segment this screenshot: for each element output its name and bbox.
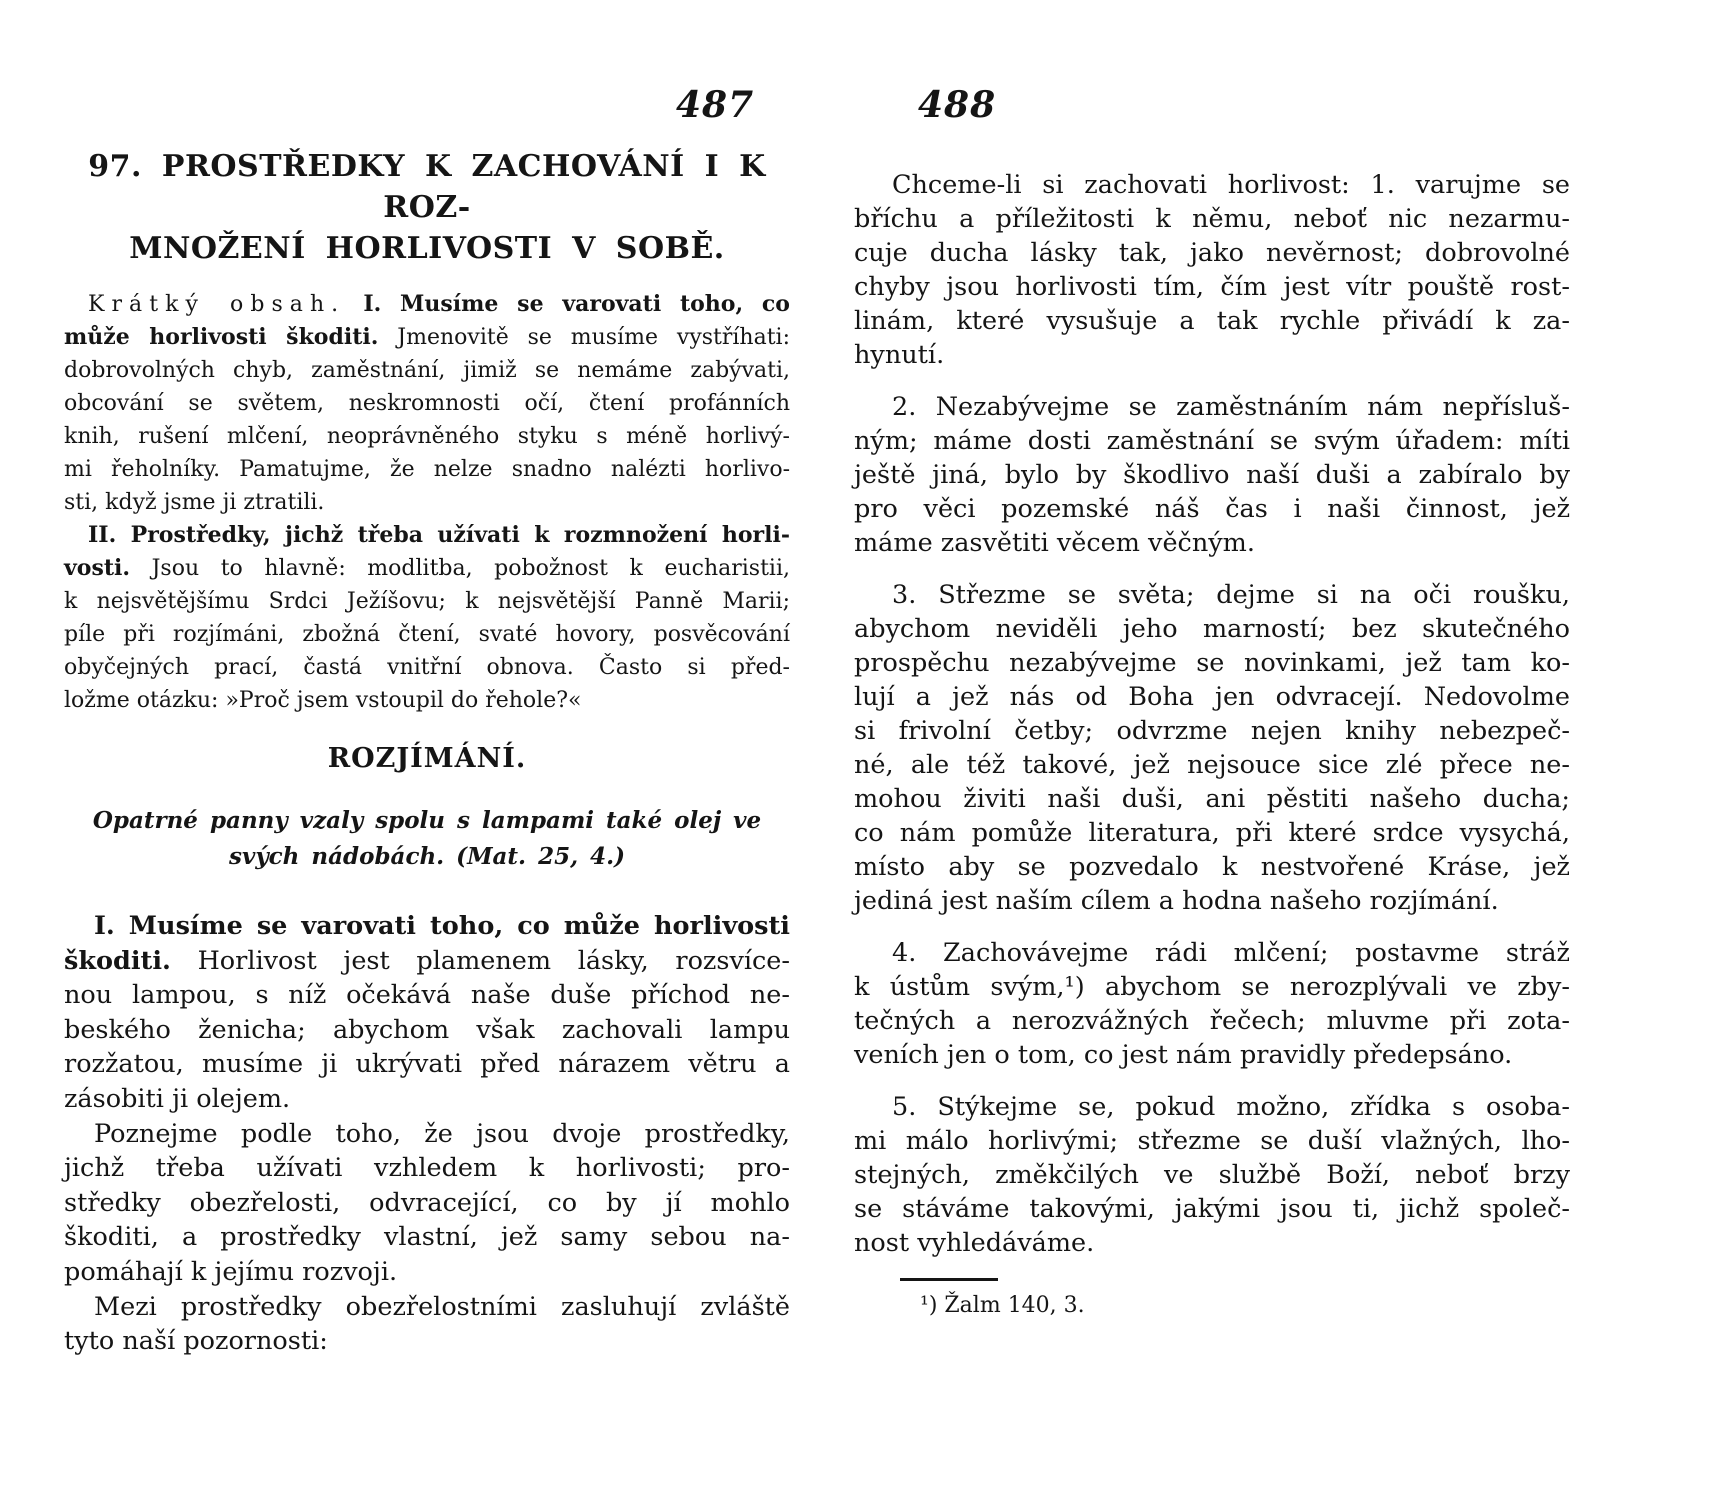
paragraph: Poznejme podle toho, že jsou dvoje prost… (64, 1117, 790, 1290)
paragraph: II. Prostředky, jichž třeba užívati k ro… (64, 519, 790, 717)
text-line: zásobiti ji olejem. (64, 1082, 790, 1117)
right-body-text: Chceme-li si zachovati horlivost: 1. var… (854, 168, 1570, 1260)
text-line: abychom neviděli jeho marností; bez skut… (854, 612, 1570, 646)
text-line: 2. Nezabývejme se zaměstnáním nám nepřís… (854, 390, 1570, 424)
text-line: Poznejme podle toho, že jsou dvoje prost… (64, 1117, 790, 1152)
text-line: středky obezřelosti, odvracející, co by … (64, 1186, 790, 1221)
text-line: sti, když jsme ji ztratili. (64, 486, 790, 519)
text-line: obcování se světem, neskromnosti očí, čt… (64, 387, 790, 420)
paragraph: Krátký obsah. I. Musíme se varovati toho… (64, 288, 790, 519)
text-line: I. Musíme se varovati toho, co může horl… (64, 909, 790, 944)
chapter-heading-line-1: 97. PROSTŘEDKY K ZACHOVÁNÍ I K ROZ- (64, 146, 790, 228)
text-line: hynutí. (854, 338, 1570, 372)
text-line: cuje ducha lásky tak, jako nevěrnost; do… (854, 236, 1570, 270)
paragraph: Chceme-li si zachovati horlivost: 1. var… (854, 168, 1570, 372)
epigraph: Opatrné panny vzaly spolu s lampami také… (64, 803, 790, 875)
text-line: k ústům svým,¹) abychom se nerozplývali … (854, 970, 1570, 1004)
chapter-heading-line-2: MNOŽENÍ HORLIVOSTI V SOBĚ. (64, 228, 790, 269)
text-line: pro věci pozemské náš čas i naši činnost… (854, 492, 1570, 526)
text-line: II. Prostředky, jichž třeba užívati k ro… (64, 519, 790, 552)
page-number-right: 488 (918, 84, 996, 126)
text-line: prospěchu nezabývejme se novinkami, jež … (854, 646, 1570, 680)
page-left: 487 97. PROSTŘEDKY K ZACHOVÁNÍ I K ROZ- … (64, 84, 790, 1359)
text-line: obyčejných prací, častá vnitřní obnova. … (64, 651, 790, 684)
text-line: Krátký obsah. I. Musíme se varovati toho… (64, 288, 790, 321)
text-line: Chceme-li si zachovati horlivost: 1. var… (854, 168, 1570, 202)
epigraph-line-2: svých nádobách. (Mat. 25, 4.) (64, 839, 790, 875)
text-line: mohou živiti naši duši, ani pěstiti naše… (854, 782, 1570, 816)
left-body-text: I. Musíme se varovati toho, co může horl… (64, 909, 790, 1359)
text-line: linám, které vysušuje a tak rychle přivá… (854, 304, 1570, 338)
text-line: škoditi. Horlivost jest plamenem lásky, … (64, 944, 790, 979)
text-line: 5. Stýkejme se, pokud možno, zřídka s os… (854, 1090, 1570, 1124)
text-line: veních jen o tom, co jest nám pravidly p… (854, 1038, 1570, 1072)
text-line: mi řeholníky. Pamatujme, že nelze snadno… (64, 453, 790, 486)
text-line: co nám pomůže literatura, při které srdc… (854, 816, 1570, 850)
text-line: ještě jiná, bylo by škodlivo naší duši a… (854, 458, 1570, 492)
text-line: 3. Střezme se světa; dejme si na oči rou… (854, 578, 1570, 612)
text-line: mi málo horlivými; střezme se duší vlažn… (854, 1124, 1570, 1158)
paragraph: I. Musíme se varovati toho, co může horl… (64, 909, 790, 1117)
text-line: Mezi prostředky obezřelostními zasluhují… (64, 1290, 790, 1325)
summary-block: Krátký obsah. I. Musíme se varovati toho… (64, 288, 790, 717)
text-line: jichž třeba užívati vzhledem k horlivost… (64, 1151, 790, 1186)
text-line: tyto naší pozornosti: (64, 1324, 790, 1359)
text-line: beského ženicha; abychom však zachovali … (64, 1013, 790, 1048)
text-line: bříchu a příležitosti k němu, neboť nic … (854, 202, 1570, 236)
text-line: si frivolní četby; odvrzme nejen knihy n… (854, 714, 1570, 748)
text-line: né, ale též takové, jež nejsouce sice zl… (854, 748, 1570, 782)
text-line: stejných, změkčilých ve službě Boží, neb… (854, 1158, 1570, 1192)
text-line: píle při rozjímáni, zbožná čtení, svaté … (64, 618, 790, 651)
text-line: nou lampou, s níž očekává naše duše příc… (64, 978, 790, 1013)
paragraph: Mezi prostředky obezřelostními zasluhují… (64, 1290, 790, 1359)
text-line: místo aby se pozvedalo k nestvořené Krás… (854, 850, 1570, 884)
epigraph-line-1: Opatrné panny vzaly spolu s lampami také… (64, 803, 790, 839)
text-line: tečných a nerozvážných řečech; mluvme př… (854, 1004, 1570, 1038)
text-line: ložme otázku: »Proč jsem vstoupil do řeh… (64, 684, 790, 717)
paragraph: 3. Střezme se světa; dejme si na oči rou… (854, 578, 1570, 918)
chapter-heading: 97. PROSTŘEDKY K ZACHOVÁNÍ I K ROZ- MNOŽ… (64, 146, 790, 269)
paragraph: 2. Nezabývejme se zaměstnáním nám nepřís… (854, 390, 1570, 560)
paragraph: 5. Stýkejme se, pokud možno, zřídka s os… (854, 1090, 1570, 1260)
text-line: se stáváme takovými, jakými jsou ti, jic… (854, 1192, 1570, 1226)
text-line: může horlivosti škoditi. Jmenovitě se mu… (64, 321, 790, 354)
text-line: knih, rušení mlčení, neoprávněného styku… (64, 420, 790, 453)
text-line: vosti. Jsou to hlavně: modlitba, pobožno… (64, 552, 790, 585)
text-line: škoditi, a prostředky vlastní, jež samy … (64, 1220, 790, 1255)
paragraph: 4. Zachovávejme rádi mlčení; postavme st… (854, 936, 1570, 1072)
text-line: 4. Zachovávejme rádi mlčení; postavme st… (854, 936, 1570, 970)
page-number-left: 487 (676, 84, 754, 126)
footnote: ¹) Žalm 140, 3. (920, 1293, 1570, 1318)
text-line: nost vyhledáváme. (854, 1226, 1570, 1260)
text-line: rozžatou, musíme ji ukrývati před náraze… (64, 1047, 790, 1082)
text-line: lují a jež nás od Boha jen odvracejí. Ne… (854, 680, 1570, 714)
text-line: jediná jest naším cílem a hodna našeho r… (854, 884, 1570, 918)
text-line: chyby jsou horlivosti tím, čím jest vítr… (854, 270, 1570, 304)
text-line: k nejsvětějšímu Srdci Ježíšovu; k nejsvě… (64, 585, 790, 618)
text-line: máme zasvětiti věcem věčným. (854, 526, 1570, 560)
page-right: 488 Chceme-li si zachovati horlivost: 1.… (854, 84, 1570, 1318)
text-line: ným; máme dosti zaměstnání se svým úřade… (854, 424, 1570, 458)
meditation-heading: ROZJÍMÁNÍ. (64, 741, 790, 777)
text-line: dobrovolných chyb, zaměstnání, jimiž se … (64, 354, 790, 387)
text-line: pomáhají k jejímu rozvoji. (64, 1255, 790, 1290)
footnote-divider (900, 1278, 998, 1281)
